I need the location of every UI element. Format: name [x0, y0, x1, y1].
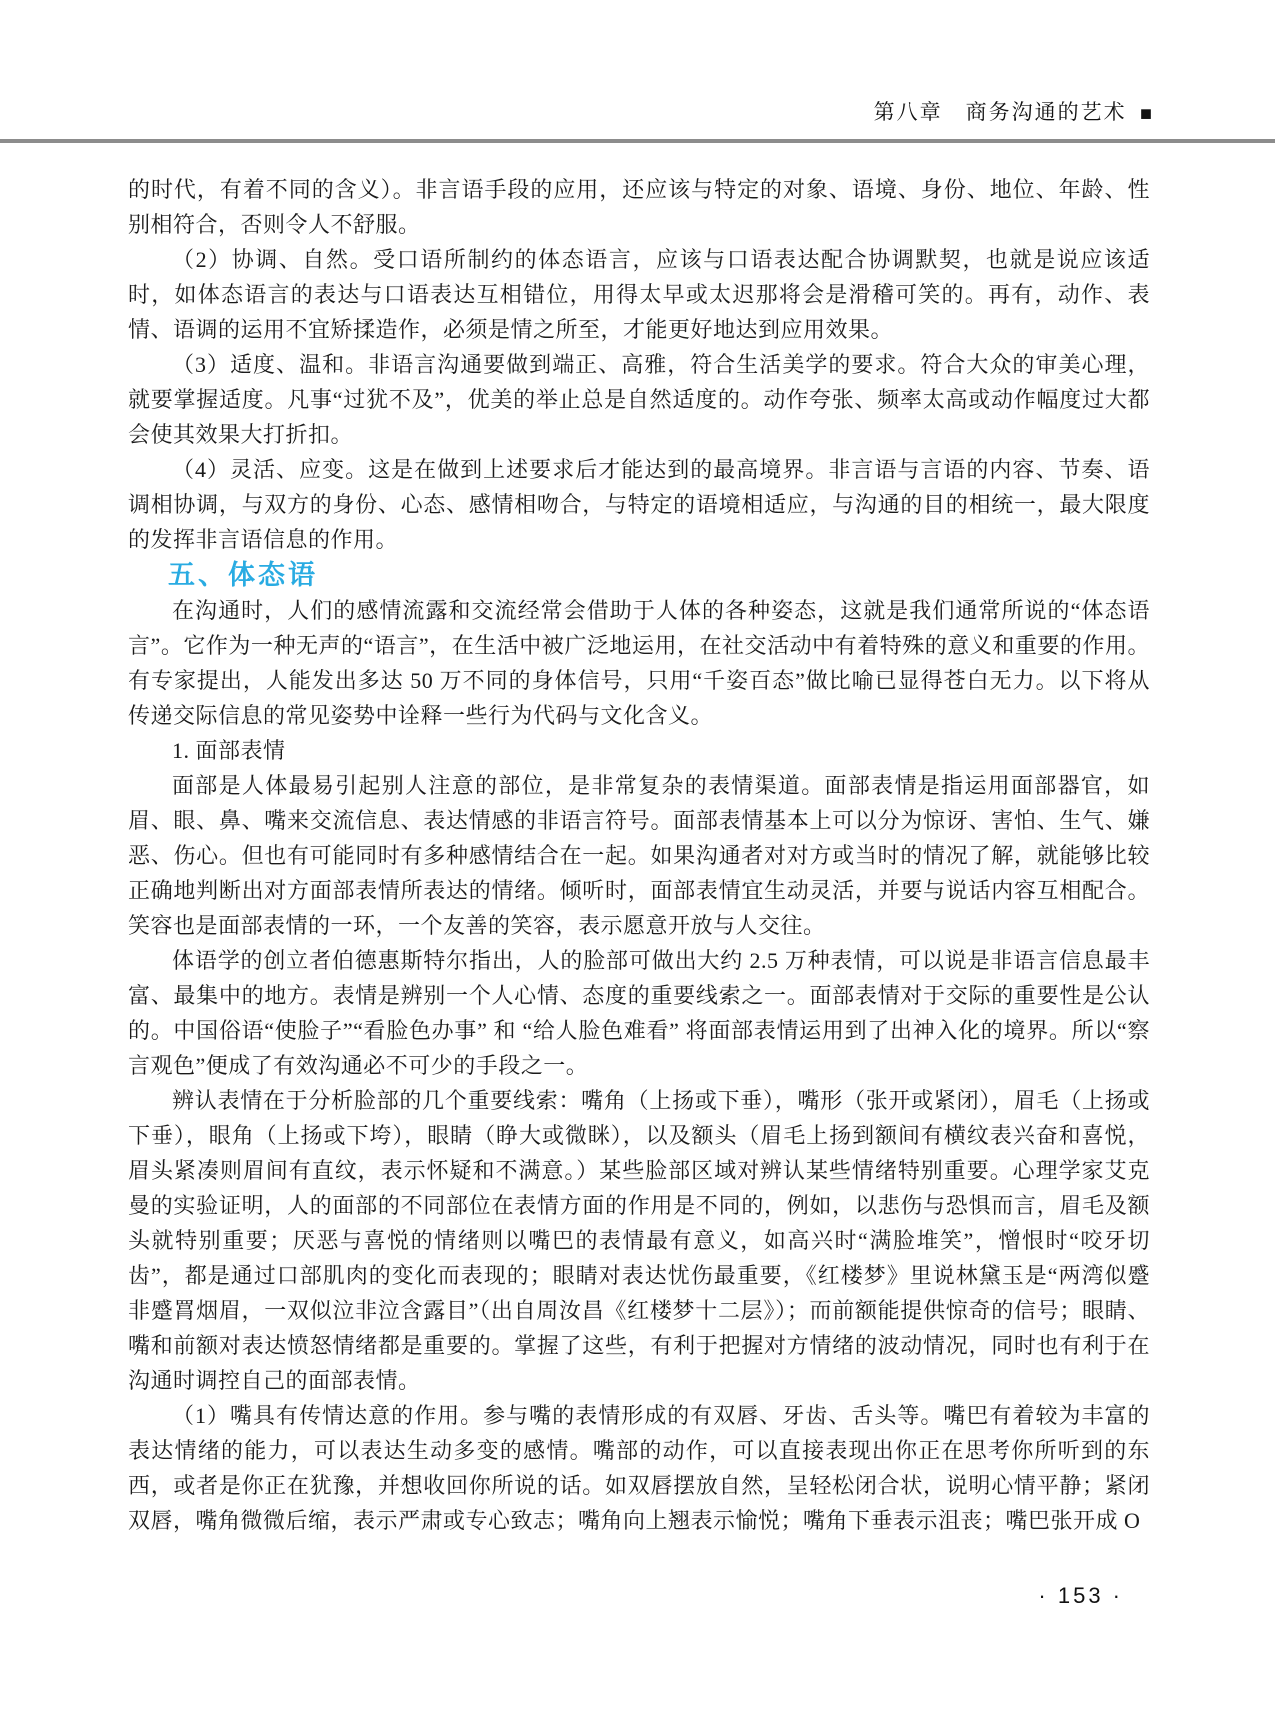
paragraph-face-2: 体语学的创立者伯德惠斯特尔指出，人的脸部可做出大约 2.5 万种表情，可以说是非… [128, 943, 1150, 1083]
paragraph-mouth: （1）嘴具有传情达意的作用。参与嘴的表情形成的有双唇、牙齿、舌头等。嘴巴有着较为… [128, 1398, 1150, 1538]
paragraph-item-3: （3）适度、温和。非语言沟通要做到端正、高雅，符合生活美学的要求。符合大众的审美… [128, 347, 1150, 452]
paragraph-intro: 在沟通时，人们的感情流露和交流经常会借助于人体的各种姿态，这就是我们通常所说的“… [128, 593, 1150, 733]
page-header: 第八章 商务沟通的艺术 ■ [0, 96, 1152, 126]
page-number: · 153 · [0, 1583, 1123, 1609]
paragraph-continuation: 的时代，有着不同的含义）。非言语手段的应用，还应该与特定的对象、语境、身份、地位… [128, 172, 1150, 242]
paragraph-face-1: 面部是人体最易引起别人注意的部位，是非常复杂的表情渠道。面部表情是指运用面部器官… [128, 768, 1150, 943]
chapter-end-square-icon: ■ [1140, 103, 1152, 126]
body-text: 的时代，有着不同的含义）。非言语手段的应用，还应该与特定的对象、语境、身份、地位… [128, 172, 1150, 1538]
sub-heading-facial-expression: 1. 面部表情 [128, 733, 1150, 768]
header-divider-rule [0, 139, 1275, 143]
paragraph-item-4: （4）灵活、应变。这是在做到上述要求后才能达到的最高境界。非言语与言语的内容、节… [128, 452, 1150, 557]
paragraph-face-3: 辨认表情在于分析脸部的几个重要线索：嘴角（上扬或下垂），嘴形（张开或紧闭），眉毛… [128, 1083, 1150, 1398]
chapter-title: 第八章 商务沟通的艺术 [874, 100, 1127, 124]
paragraph-item-2: （2）协调、自然。受口语所制约的体态语言，应该与口语表达配合协调默契，也就是说应… [128, 242, 1150, 347]
section-heading-body-language: 五、体态语 [128, 557, 1150, 593]
